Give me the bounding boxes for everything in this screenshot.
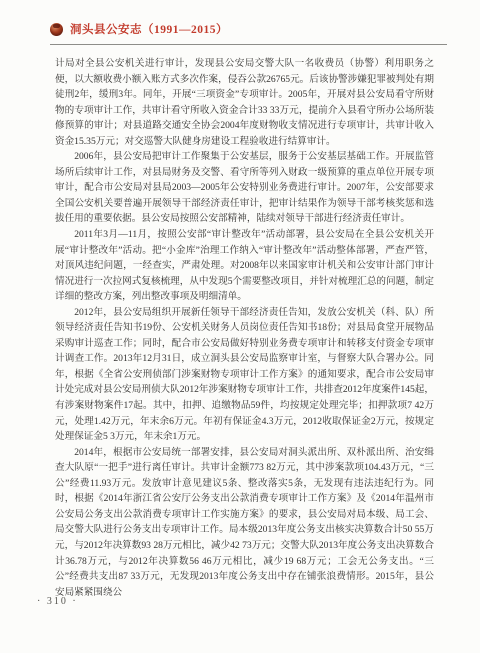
seal-icon	[50, 23, 63, 36]
body-paragraphs: 计局对全县公安机关进行审计，发现县公安局交警大队一名收费员（协警）利用职务之便，…	[55, 56, 434, 600]
book-title: 洞头县公安志（1991—2015）	[70, 21, 228, 37]
header-divider	[50, 44, 447, 45]
paragraph: 计局对全县公安机关进行审计，发现县公安局交警大队一名收费员（协警）利用职务之便，…	[55, 56, 434, 149]
page-number: · 310 ·	[37, 596, 78, 607]
paragraph: 2012年，县公安局组织开展新任领导干部经济责任告知，发放公安机关（科、队）所领…	[55, 305, 434, 445]
paragraph: 2006年，县公安局把审计工作聚集于公安基层，服务于公安基层基础工作。开展监管场…	[55, 149, 434, 227]
page-header: 洞头县公安志（1991—2015）	[50, 20, 447, 46]
paragraph: 2011年3月—11月，按照公安部“审计整改年”活动部署，县公安局在全县公安机关…	[55, 227, 434, 305]
scanned-book-page: 洞头县公安志（1991—2015） 计局对全县公安机关进行审计，发现县公安局交警…	[0, 0, 480, 653]
paragraph: 2014年，根据市公安局统一部署安排，县公安局对洞头派出所、双朴派出所、治安缉查…	[55, 445, 434, 600]
